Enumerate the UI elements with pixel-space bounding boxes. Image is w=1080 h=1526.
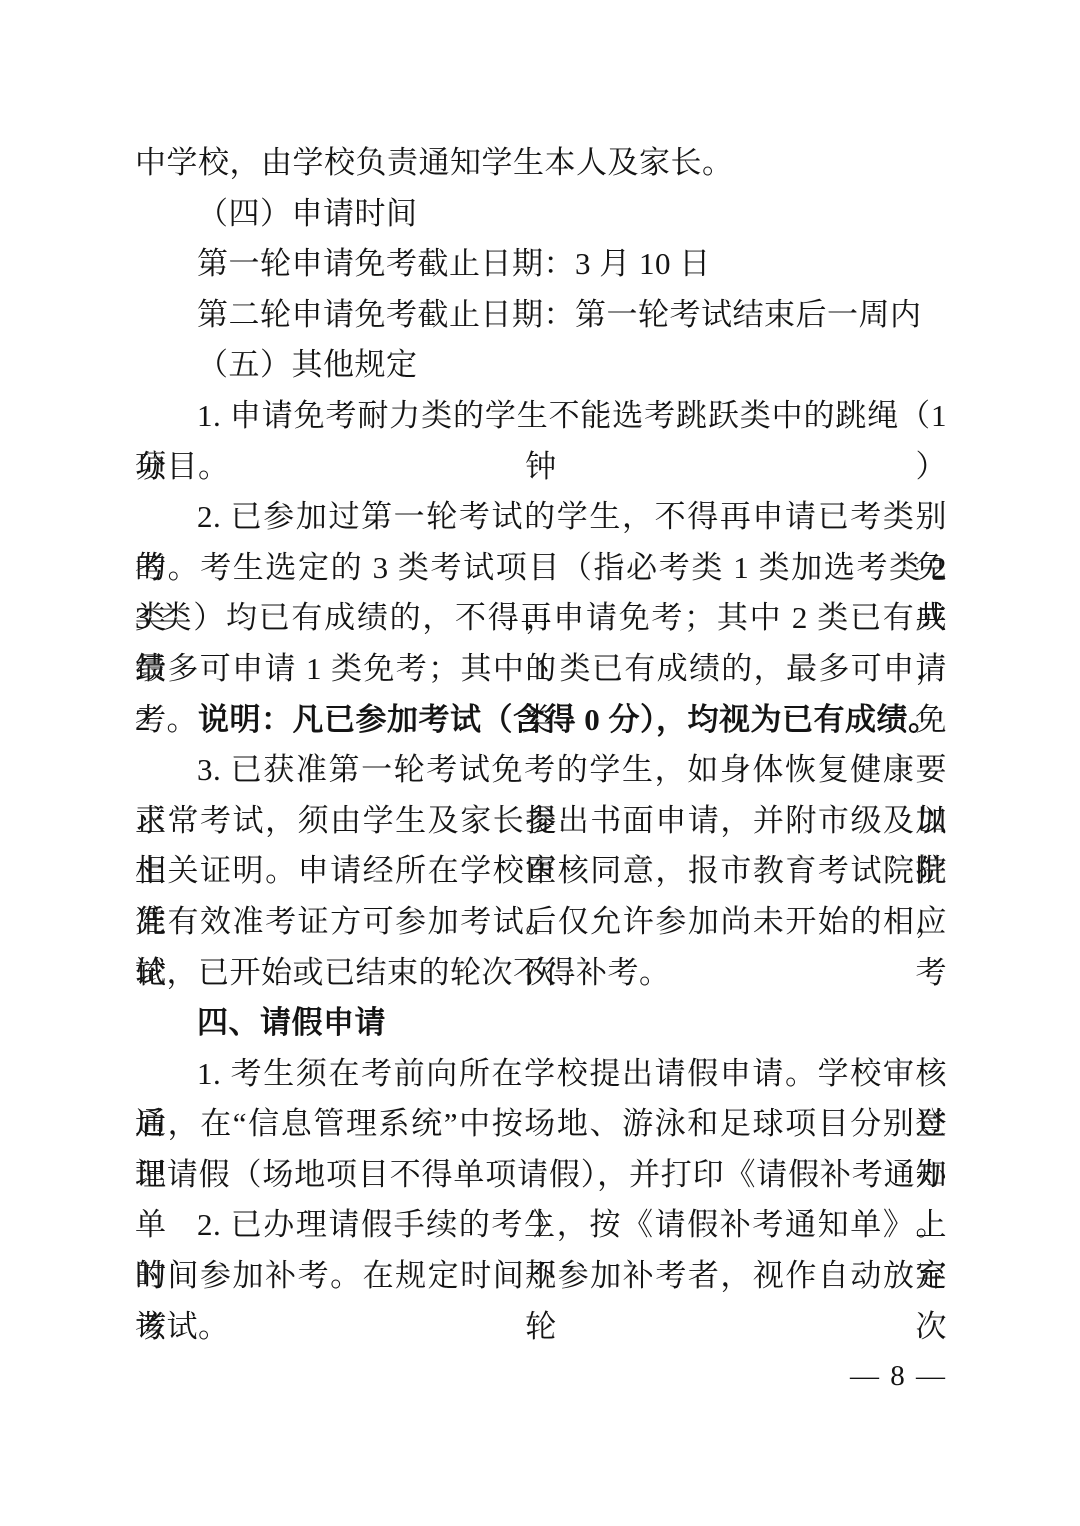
text-segment: 第二轮申请免考截止日期：第一轮考试结束后一周内: [197, 297, 922, 332]
text-segment: 中学校，由学校负责通知学生本人及家长。: [135, 145, 734, 180]
text-segment: 试，已开始或已结束的轮次不得补考。: [135, 955, 671, 990]
text-line: 凭有效准考证方可参加考试。仅允许参加尚未开始的相应轮次考: [135, 897, 947, 948]
text-line: 后，在“信息管理系统”中按场地、游泳和足球项目分别登记办: [135, 1099, 947, 1150]
text-segment: 考。: [135, 702, 198, 737]
text-line: （四）申请时间: [135, 189, 947, 240]
text-segment: 1. 申请免考耐力类的学生不能选考跳跃类中的跳绳（1 分钟）: [135, 398, 955, 484]
text-line: 中学校，由学校负责通知学生本人及家长。: [135, 138, 947, 189]
text-segment: 考试。: [135, 1309, 230, 1344]
text-line: 理请假（场地项目不得单项请假），并打印《请假补考通知单》。: [135, 1150, 947, 1201]
text-line: 2. 已办理请假手续的考生，按《请假补考通知单》上的规定: [135, 1200, 947, 1251]
text-line: 1. 申请免考耐力类的学生不能选考跳跃类中的跳绳（1 分钟）: [135, 391, 947, 442]
document-body: 中学校，由学校负责通知学生本人及家长。（四）申请时间第一轮申请免考截止日期：3 …: [135, 138, 947, 1352]
text-line: 第一轮申请免考截止日期：3 月 10 日: [135, 239, 947, 290]
text-line: 3 类）均已有成绩的，不得再申请免考；其中 2 类已有成绩的，: [135, 593, 947, 644]
text-line: 考。说明：凡已参加考试（含得 0 分），均视为已有成绩。: [135, 695, 947, 746]
text-segment: 第一轮申请免考截止日期：3 月 10 日: [197, 246, 711, 281]
text-line: 正常考试，须由学生及家长提出书面申请，并附市级及以上医院: [135, 796, 947, 847]
text-line: 时间参加补考。在规定时间不参加补考者，视作自动放弃该轮次: [135, 1251, 947, 1302]
text-line: 2. 已参加过第一轮考试的学生，不得再申请已考类别的免: [135, 492, 947, 543]
text-line: 最多可申请 1 类免考；其中 1 类已有成绩的，最多可申请 2 类免: [135, 644, 947, 695]
text-line: 四、请假申请: [135, 998, 947, 1049]
text-segment-bold: 四、请假申请: [197, 1005, 386, 1040]
text-segment: 项目。: [135, 449, 230, 484]
text-segment: 时间参加补考。在规定时间不参加补考者，视作自动放弃该轮次: [135, 1258, 947, 1344]
document-page: 中学校，由学校负责通知学生本人及家长。（四）申请时间第一轮申请免考截止日期：3 …: [0, 0, 1080, 1526]
text-line: 1. 考生须在考前向所在学校提出请假申请。学校审核通过: [135, 1049, 947, 1100]
text-line: 第二轮申请免考截止日期：第一轮考试结束后一周内: [135, 290, 947, 341]
text-line: （五）其他规定: [135, 340, 947, 391]
text-segment-bold: 说明：凡已参加考试（含得 0 分），均视为已有成绩。: [198, 702, 940, 737]
text-segment: （五）其他规定: [197, 347, 418, 382]
text-line: 考。考生选定的 3 类考试项目（指必考类 1 类加选考类 2 类，共: [135, 543, 947, 594]
text-line: 相关证明。申请经所在学校审核同意，报市教育考试院批准后，: [135, 846, 947, 897]
page-number: — 8 —: [850, 1356, 947, 1396]
text-segment: （四）申请时间: [197, 196, 418, 231]
text-line: 3. 已获准第一轮考试免考的学生，如身体恢复健康要求参加: [135, 745, 947, 796]
